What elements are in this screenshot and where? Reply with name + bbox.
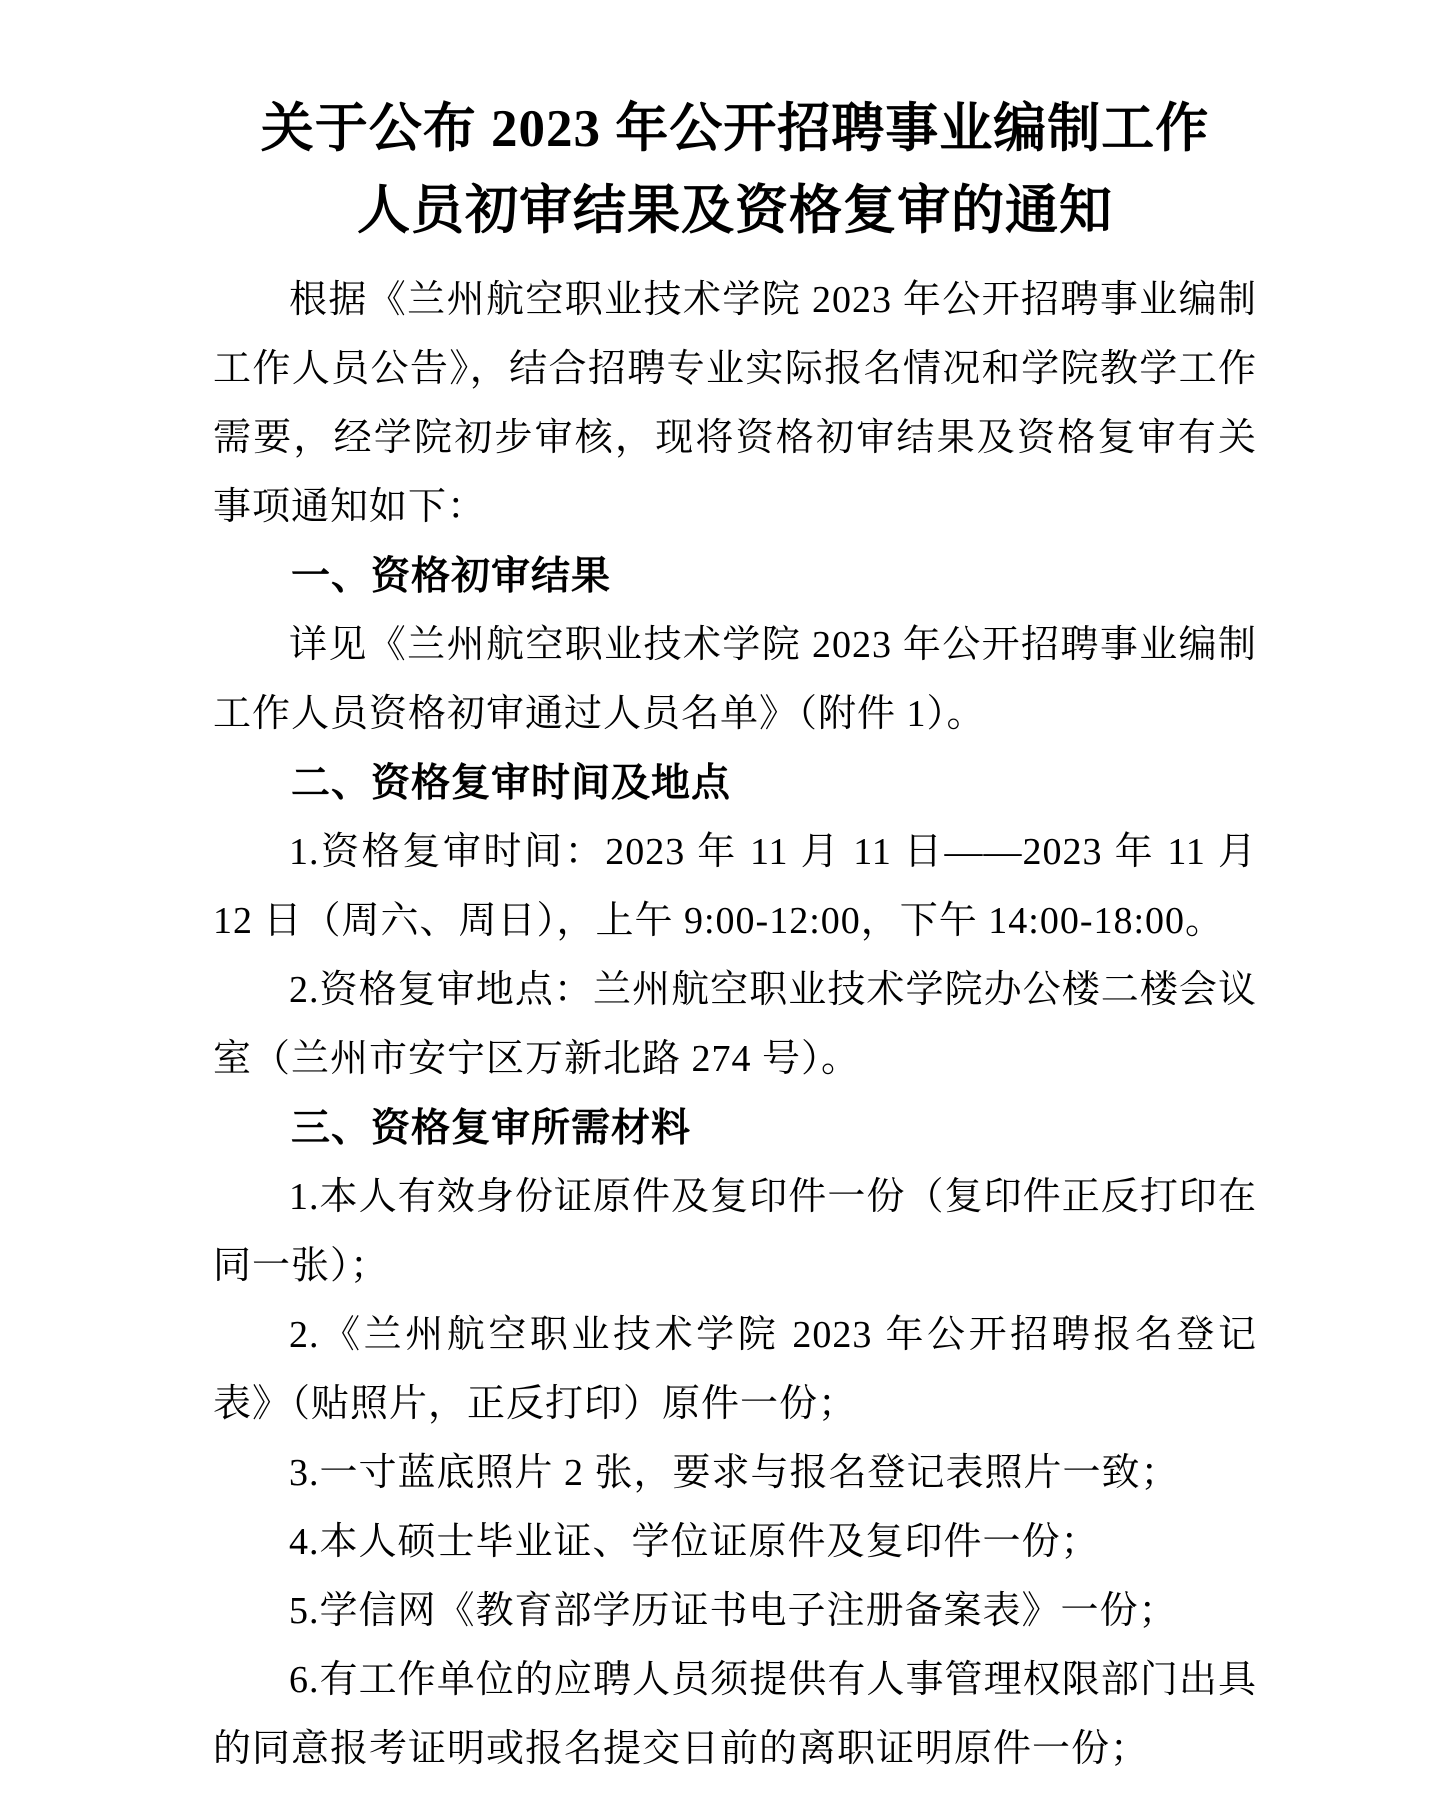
paragraph-material-5: 5.学信网《教育部学历证书电子注册备案表》一份；	[213, 1577, 1257, 1646]
paragraph-material-4: 4.本人硕士毕业证、学位证原件及复印件一份；	[213, 1508, 1257, 1577]
section-heading-1: 一、资格初审结果	[213, 542, 1257, 611]
paragraph-section1-detail: 详见《兰州航空职业技术学院 2023 年公开招聘事业编制工作人员资格初审通过人员…	[213, 611, 1257, 749]
paragraph-review-time: 1.资格复审时间：2023 年 11 月 11 日——2023 年 11 月 1…	[213, 818, 1257, 956]
paragraph-material-6: 6.有工作单位的应聘人员须提供有人事管理权限部门出具的同意报考证明或报名提交日前…	[213, 1646, 1257, 1784]
document-title: 关于公布 2023 年公开招聘事业编制工作 人员初审结果及资格复审的通知	[213, 88, 1257, 252]
section-heading-3: 三、资格复审所需材料	[213, 1094, 1257, 1163]
document-title-line-1: 关于公布 2023 年公开招聘事业编制工作	[213, 88, 1257, 170]
document-body: 根据《兰州航空职业技术学院 2023 年公开招聘事业编制工作人员公告》，结合招聘…	[213, 266, 1257, 1784]
paragraph-intro: 根据《兰州航空职业技术学院 2023 年公开招聘事业编制工作人员公告》，结合招聘…	[213, 266, 1257, 542]
paragraph-review-location: 2.资格复审地点：兰州航空职业技术学院办公楼二楼会议室（兰州市安宁区万新北路 2…	[213, 956, 1257, 1094]
document-title-line-2: 人员初审结果及资格复审的通知	[213, 170, 1257, 252]
paragraph-material-2: 2.《兰州航空职业技术学院 2023 年公开招聘报名登记表》（贴照片，正反打印）…	[213, 1301, 1257, 1439]
document-page: 关于公布 2023 年公开招聘事业编制工作 人员初审结果及资格复审的通知 根据《…	[0, 0, 1452, 1795]
paragraph-material-3: 3.一寸蓝底照片 2 张，要求与报名登记表照片一致；	[213, 1439, 1257, 1508]
paragraph-material-1: 1.本人有效身份证原件及复印件一份（复印件正反打印在同一张）；	[213, 1163, 1257, 1301]
section-heading-2: 二、资格复审时间及地点	[213, 749, 1257, 818]
